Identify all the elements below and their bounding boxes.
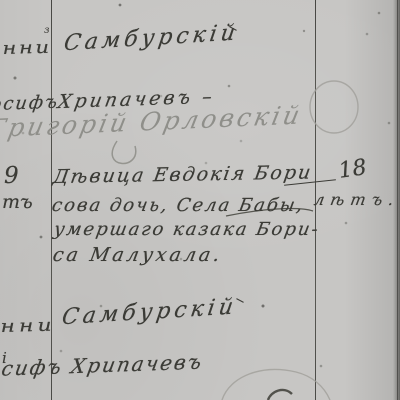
age-value: 18 bbox=[337, 155, 368, 184]
superscript-mark: з bbox=[44, 25, 49, 36]
margin-day-number: 9 bbox=[4, 163, 19, 189]
age-unit: лѣтъ. bbox=[313, 190, 400, 209]
clergy1-word-fragment-bottom: нни bbox=[0, 316, 56, 337]
record-line-1: Дѣвица Евдокія Бори bbox=[52, 161, 315, 188]
margin-word-fragment: тъ bbox=[2, 191, 33, 213]
signature-descender-loop bbox=[112, 141, 136, 163]
record-line-2: сова дочь, Села Бабы, bbox=[50, 195, 306, 216]
record-line-3: умершаго казака Бори- bbox=[52, 219, 321, 240]
scanned-register-page: нни з Самбурскій осифъ Хрипачевъ – Григо… bbox=[0, 0, 400, 400]
ink-flourish-bottom bbox=[268, 390, 292, 400]
pencil-oval-top-right bbox=[310, 81, 358, 133]
record-line-4: са Малухала. bbox=[51, 244, 224, 266]
clergy1-word-fragment: нни bbox=[2, 38, 52, 59]
pencil-oval-bottom-right bbox=[222, 370, 330, 400]
